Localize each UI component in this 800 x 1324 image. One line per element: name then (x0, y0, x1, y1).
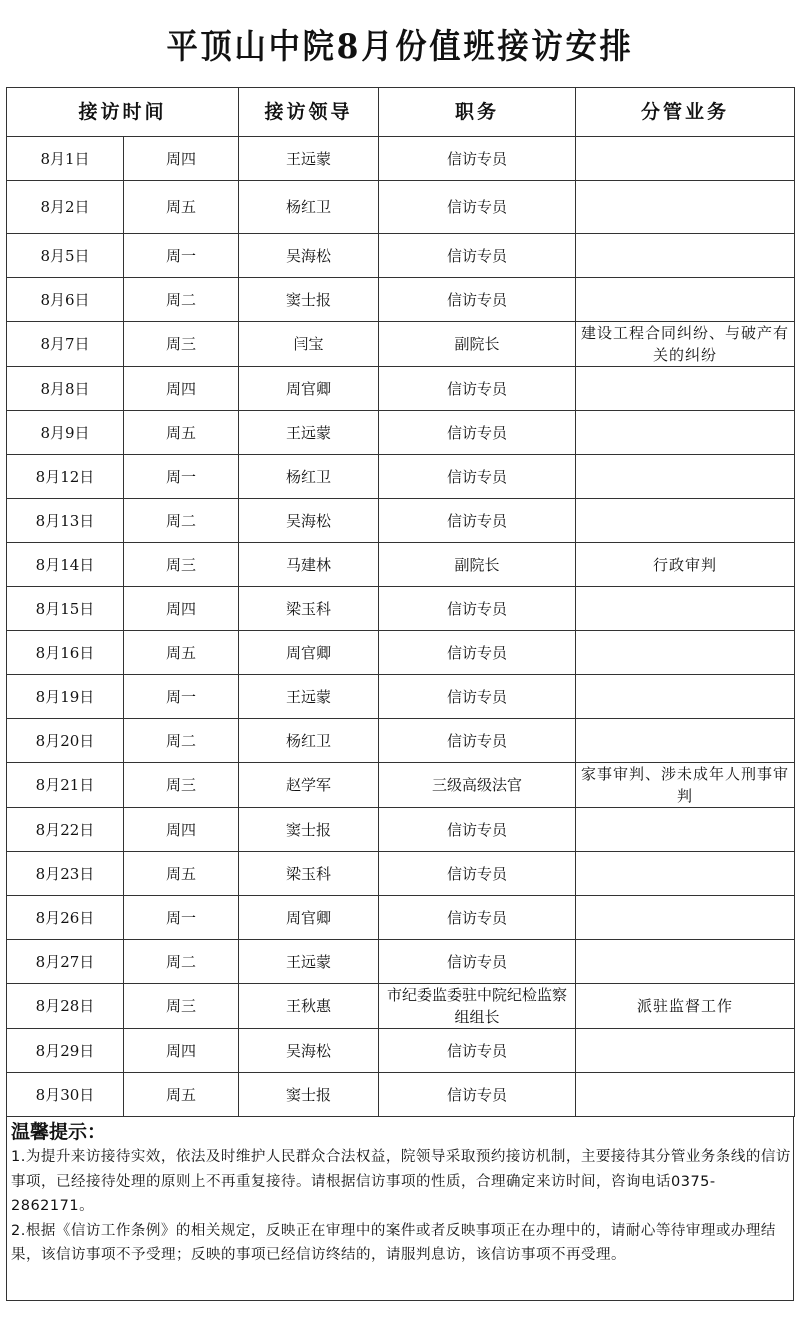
cell-date: 8月20日 (7, 719, 124, 763)
cell-date: 8月9日 (7, 411, 124, 455)
cell-business: 行政审判 (576, 543, 795, 587)
cell-business (576, 181, 795, 234)
cell-position: 信访专员 (379, 587, 576, 631)
cell-leader: 王远蒙 (239, 411, 379, 455)
cell-date: 8月2日 (7, 181, 124, 234)
cell-position: 副院长 (379, 543, 576, 587)
cell-position: 信访专员 (379, 940, 576, 984)
cell-leader: 梁玉科 (239, 852, 379, 896)
cell-date: 8月23日 (7, 852, 124, 896)
cell-leader: 王远蒙 (239, 137, 379, 181)
cell-position: 信访专员 (379, 137, 576, 181)
cell-date: 8月26日 (7, 896, 124, 940)
cell-weekday: 周一 (124, 896, 239, 940)
cell-date: 8月12日 (7, 455, 124, 499)
cell-position: 信访专员 (379, 1073, 576, 1117)
cell-leader: 赵学军 (239, 763, 379, 808)
cell-position: 信访专员 (379, 278, 576, 322)
table-body: 8月1日周四王远蒙信访专员8月2日周五杨红卫信访专员8月5日周一吴海松信访专员8… (7, 137, 795, 1117)
cell-date: 8月6日 (7, 278, 124, 322)
cell-date: 8月5日 (7, 234, 124, 278)
cell-date: 8月14日 (7, 543, 124, 587)
cell-business (576, 278, 795, 322)
table-row: 8月1日周四王远蒙信访专员 (7, 137, 795, 181)
cell-position: 信访专员 (379, 852, 576, 896)
cell-business (576, 137, 795, 181)
cell-weekday: 周二 (124, 940, 239, 984)
table-row: 8月15日周四梁玉科信访专员 (7, 587, 795, 631)
table-row: 8月2日周五杨红卫信访专员 (7, 181, 795, 234)
table-row: 8月27日周二王远蒙信访专员 (7, 940, 795, 984)
cell-date: 8月7日 (7, 322, 124, 367)
cell-weekday: 周四 (124, 367, 239, 411)
cell-position: 信访专员 (379, 896, 576, 940)
cell-weekday: 周二 (124, 719, 239, 763)
cell-weekday: 周三 (124, 543, 239, 587)
cell-leader: 吴海松 (239, 1029, 379, 1073)
cell-position: 信访专员 (379, 181, 576, 234)
cell-business: 家事审判、涉未成年人刑事审判 (576, 763, 795, 808)
cell-position: 信访专员 (379, 808, 576, 852)
cell-position: 信访专员 (379, 499, 576, 543)
cell-position: 信访专员 (379, 367, 576, 411)
cell-business (576, 719, 795, 763)
cell-business (576, 499, 795, 543)
cell-leader: 马建林 (239, 543, 379, 587)
cell-weekday: 周一 (124, 675, 239, 719)
cell-date: 8月28日 (7, 984, 124, 1029)
table-row: 8月26日周一周官卿信访专员 (7, 896, 795, 940)
cell-weekday: 周四 (124, 587, 239, 631)
cell-weekday: 周二 (124, 499, 239, 543)
cell-business (576, 1029, 795, 1073)
cell-weekday: 周四 (124, 1029, 239, 1073)
table-row: 8月29日周四吴海松信访专员 (7, 1029, 795, 1073)
cell-position: 信访专员 (379, 455, 576, 499)
cell-leader: 窦士报 (239, 278, 379, 322)
header-time: 接访时间 (7, 88, 239, 137)
cell-position: 信访专员 (379, 631, 576, 675)
cell-position: 信访专员 (379, 234, 576, 278)
cell-weekday: 周五 (124, 411, 239, 455)
cell-business (576, 675, 795, 719)
cell-weekday: 周二 (124, 278, 239, 322)
cell-business (576, 587, 795, 631)
cell-position: 信访专员 (379, 1029, 576, 1073)
cell-business (576, 367, 795, 411)
table-header-row: 接访时间 接访领导 职务 分管业务 (7, 88, 795, 137)
notes-title: 温馨提示： (11, 1119, 793, 1145)
cell-weekday: 周五 (124, 631, 239, 675)
cell-date: 8月30日 (7, 1073, 124, 1117)
cell-weekday: 周五 (124, 852, 239, 896)
cell-leader: 周官卿 (239, 367, 379, 411)
table-row: 8月28日周三王秋惠市纪委监委驻中院纪检监察组组长派驻监督工作 (7, 984, 795, 1029)
table-row: 8月20日周二杨红卫信访专员 (7, 719, 795, 763)
cell-date: 8月15日 (7, 587, 124, 631)
header-leader: 接访领导 (239, 88, 379, 137)
table-row: 8月23日周五梁玉科信访专员 (7, 852, 795, 896)
cell-business (576, 234, 795, 278)
cell-leader: 窦士报 (239, 808, 379, 852)
header-position: 职务 (379, 88, 576, 137)
table-row: 8月19日周一王远蒙信访专员 (7, 675, 795, 719)
cell-leader: 王秋惠 (239, 984, 379, 1029)
note-item-1: 1.为提升来访接待实效，依法及时维护人民群众合法权益，院领导采取预约接访机制，主… (11, 1145, 793, 1219)
cell-business (576, 411, 795, 455)
page-title: 平顶山中院8月份值班接访安排 (38, 0, 763, 87)
cell-date: 8月8日 (7, 367, 124, 411)
cell-weekday: 周五 (124, 181, 239, 234)
cell-weekday: 周四 (124, 808, 239, 852)
cell-weekday: 周一 (124, 455, 239, 499)
cell-weekday: 周四 (124, 137, 239, 181)
table-row: 8月13日周二吴海松信访专员 (7, 499, 795, 543)
table-row: 8月14日周三马建林副院长行政审判 (7, 543, 795, 587)
cell-weekday: 周三 (124, 763, 239, 808)
cell-leader: 杨红卫 (239, 455, 379, 499)
table-row: 8月30日周五窦士报信访专员 (7, 1073, 795, 1117)
header-business: 分管业务 (576, 88, 795, 137)
schedule-table: 接访时间 接访领导 职务 分管业务 8月1日周四王远蒙信访专员8月2日周五杨红卫… (6, 87, 795, 1117)
cell-business (576, 455, 795, 499)
table-row: 8月9日周五王远蒙信访专员 (7, 411, 795, 455)
table-row: 8月7日周三闫宝副院长建设工程合同纠纷、与破产有关的纠纷 (7, 322, 795, 367)
cell-business (576, 1073, 795, 1117)
cell-leader: 周官卿 (239, 896, 379, 940)
cell-business: 建设工程合同纠纷、与破产有关的纠纷 (576, 322, 795, 367)
schedule-sheet: 平顶山中院8月份值班接访安排 接访时间 接访领导 职务 分管业务 8月1日周四王… (6, 0, 794, 1301)
cell-position: 信访专员 (379, 675, 576, 719)
cell-date: 8月29日 (7, 1029, 124, 1073)
cell-date: 8月22日 (7, 808, 124, 852)
notes-box: 温馨提示： 1.为提升来访接待实效，依法及时维护人民群众合法权益，院领导采取预约… (6, 1117, 794, 1301)
cell-leader: 杨红卫 (239, 719, 379, 763)
cell-date: 8月1日 (7, 137, 124, 181)
note-item-2: 2.根据《信访工作条例》的相关规定，反映正在审理中的案件或者反映事项正在办理中的… (11, 1219, 793, 1268)
cell-leader: 王远蒙 (239, 940, 379, 984)
table-row: 8月21日周三赵学军三级高级法官家事审判、涉未成年人刑事审判 (7, 763, 795, 808)
table-row: 8月8日周四周官卿信访专员 (7, 367, 795, 411)
cell-leader: 周官卿 (239, 631, 379, 675)
cell-business (576, 631, 795, 675)
cell-leader: 梁玉科 (239, 587, 379, 631)
cell-weekday: 周一 (124, 234, 239, 278)
cell-weekday: 周五 (124, 1073, 239, 1117)
cell-date: 8月21日 (7, 763, 124, 808)
cell-leader: 吴海松 (239, 499, 379, 543)
cell-leader: 杨红卫 (239, 181, 379, 234)
cell-weekday: 周三 (124, 322, 239, 367)
cell-position: 信访专员 (379, 719, 576, 763)
cell-leader: 吴海松 (239, 234, 379, 278)
table-row: 8月16日周五周官卿信访专员 (7, 631, 795, 675)
cell-leader: 窦士报 (239, 1073, 379, 1117)
cell-date: 8月27日 (7, 940, 124, 984)
cell-business: 派驻监督工作 (576, 984, 795, 1029)
cell-business (576, 808, 795, 852)
cell-position: 三级高级法官 (379, 763, 576, 808)
cell-position: 信访专员 (379, 411, 576, 455)
cell-position: 市纪委监委驻中院纪检监察组组长 (379, 984, 576, 1029)
cell-leader: 王远蒙 (239, 675, 379, 719)
table-row: 8月12日周一杨红卫信访专员 (7, 455, 795, 499)
table-row: 8月22日周四窦士报信访专员 (7, 808, 795, 852)
table-row: 8月6日周二窦士报信访专员 (7, 278, 795, 322)
cell-business (576, 896, 795, 940)
cell-date: 8月13日 (7, 499, 124, 543)
cell-leader: 闫宝 (239, 322, 379, 367)
cell-date: 8月19日 (7, 675, 124, 719)
cell-date: 8月16日 (7, 631, 124, 675)
cell-position: 副院长 (379, 322, 576, 367)
table-row: 8月5日周一吴海松信访专员 (7, 234, 795, 278)
cell-business (576, 852, 795, 896)
cell-weekday: 周三 (124, 984, 239, 1029)
cell-business (576, 940, 795, 984)
